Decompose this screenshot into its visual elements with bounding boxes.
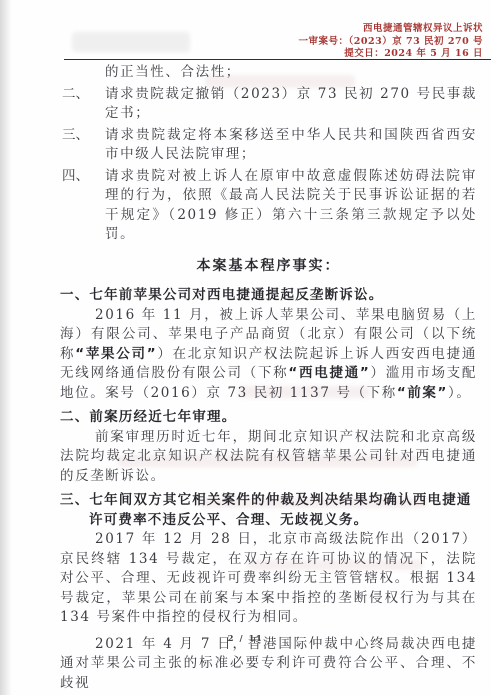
petition-list: 二、请求贵院裁定撤销（2023）京 73 民初 270 号民事裁定书；三、请求贵…	[60, 85, 477, 245]
bleed-through-artifact	[72, 32, 190, 52]
petition-item-number: 二、	[62, 85, 89, 105]
filing-case-number: 一审案号：（2023）京 73 民初 270 号	[299, 36, 483, 49]
petition-item: 二、请求贵院裁定撤销（2023）京 73 民初 270 号民事裁定书；	[60, 85, 477, 124]
filing-header: 西电捷通管辖权异议上诉状 一审案号：（2023）京 73 民初 270 号 提交…	[299, 23, 483, 61]
petition-continuation-line: 的正当性、合法性；	[60, 63, 477, 83]
body-paragraph: 前案审理历时近七年，期间北京知识产权法院和北京高级法院均裁定北京知识产权法院有权…	[60, 428, 477, 487]
section-main-heading: 本案基本程序事实：	[60, 257, 477, 277]
petition-item-text: 请求贵院对被上诉人在原审中故意虚假陈述妨碍法院审理的行为，依照《最高人民法院关于…	[105, 168, 477, 243]
scan-edge-shadow	[0, 0, 13, 695]
petition-item-text: 请求贵院裁定将本案移送至中华人民共和国陕西省西安市中级人民法院审理；	[105, 127, 477, 163]
document-body: 的正当性、合法性； 二、请求贵院裁定撤销（2023）京 73 民初 270 号民…	[60, 63, 477, 693]
page-number: 2 / 11	[0, 634, 491, 644]
petition-item: 三、请求贵院裁定将本案移送至中华人民共和国陕西省西安市中级人民法院审理；	[60, 126, 477, 165]
paragraph-text: 2017 年 12 月 28 日，北京市高级法院作出（2017）京民终辖 134…	[60, 531, 477, 625]
body-paragraph: 2016 年 11 月，被上诉人苹果公司、苹果电脑贸易（上海）有限公司、苹果电子…	[60, 306, 477, 404]
petition-item: 四、请求贵院对被上诉人在原审中故意虚假陈述妨碍法院审理的行为，依照《最高人民法院…	[60, 167, 477, 245]
section-heading: 一、七年前苹果公司对西电捷通提起反垄断诉讼。	[60, 286, 477, 306]
emphasized-term: “西电捷通”	[288, 365, 370, 381]
petition-item-text: 请求贵院裁定撤销（2023）京 73 民初 270 号民事裁定书；	[105, 86, 477, 122]
paragraph-text: 前案审理历时近七年，期间北京知识产权法院和北京高级法院均裁定北京知识产权法院有权…	[60, 429, 477, 484]
section-heading: 三、七年间双方其它相关案件的仲裁及判决结果均确认西电捷通许可费率不违反公平、合理…	[60, 491, 477, 530]
petition-item-number: 三、	[62, 126, 89, 146]
body-paragraph: 2017 年 12 月 28 日，北京市高级法院作出（2017）京民终辖 134…	[60, 530, 477, 628]
paragraph-text: ）。	[448, 385, 471, 401]
filing-title: 西电捷通管辖权异议上诉状	[299, 23, 483, 36]
emphasized-term: “前案”	[397, 385, 448, 401]
emphasized-term: “苹果公司”	[75, 346, 157, 362]
sections-container: 一、七年前苹果公司对西电捷通提起反垄断诉讼。2016 年 11 月，被上诉人苹果…	[60, 286, 477, 693]
scanned-legal-document-page: 西电捷通管辖权异议上诉状 一审案号：（2023）京 73 民初 270 号 提交…	[0, 0, 491, 695]
section-heading: 二、前案历经近七年审理。	[60, 408, 477, 428]
header-divider	[64, 59, 491, 60]
petition-item-number: 四、	[62, 167, 89, 187]
